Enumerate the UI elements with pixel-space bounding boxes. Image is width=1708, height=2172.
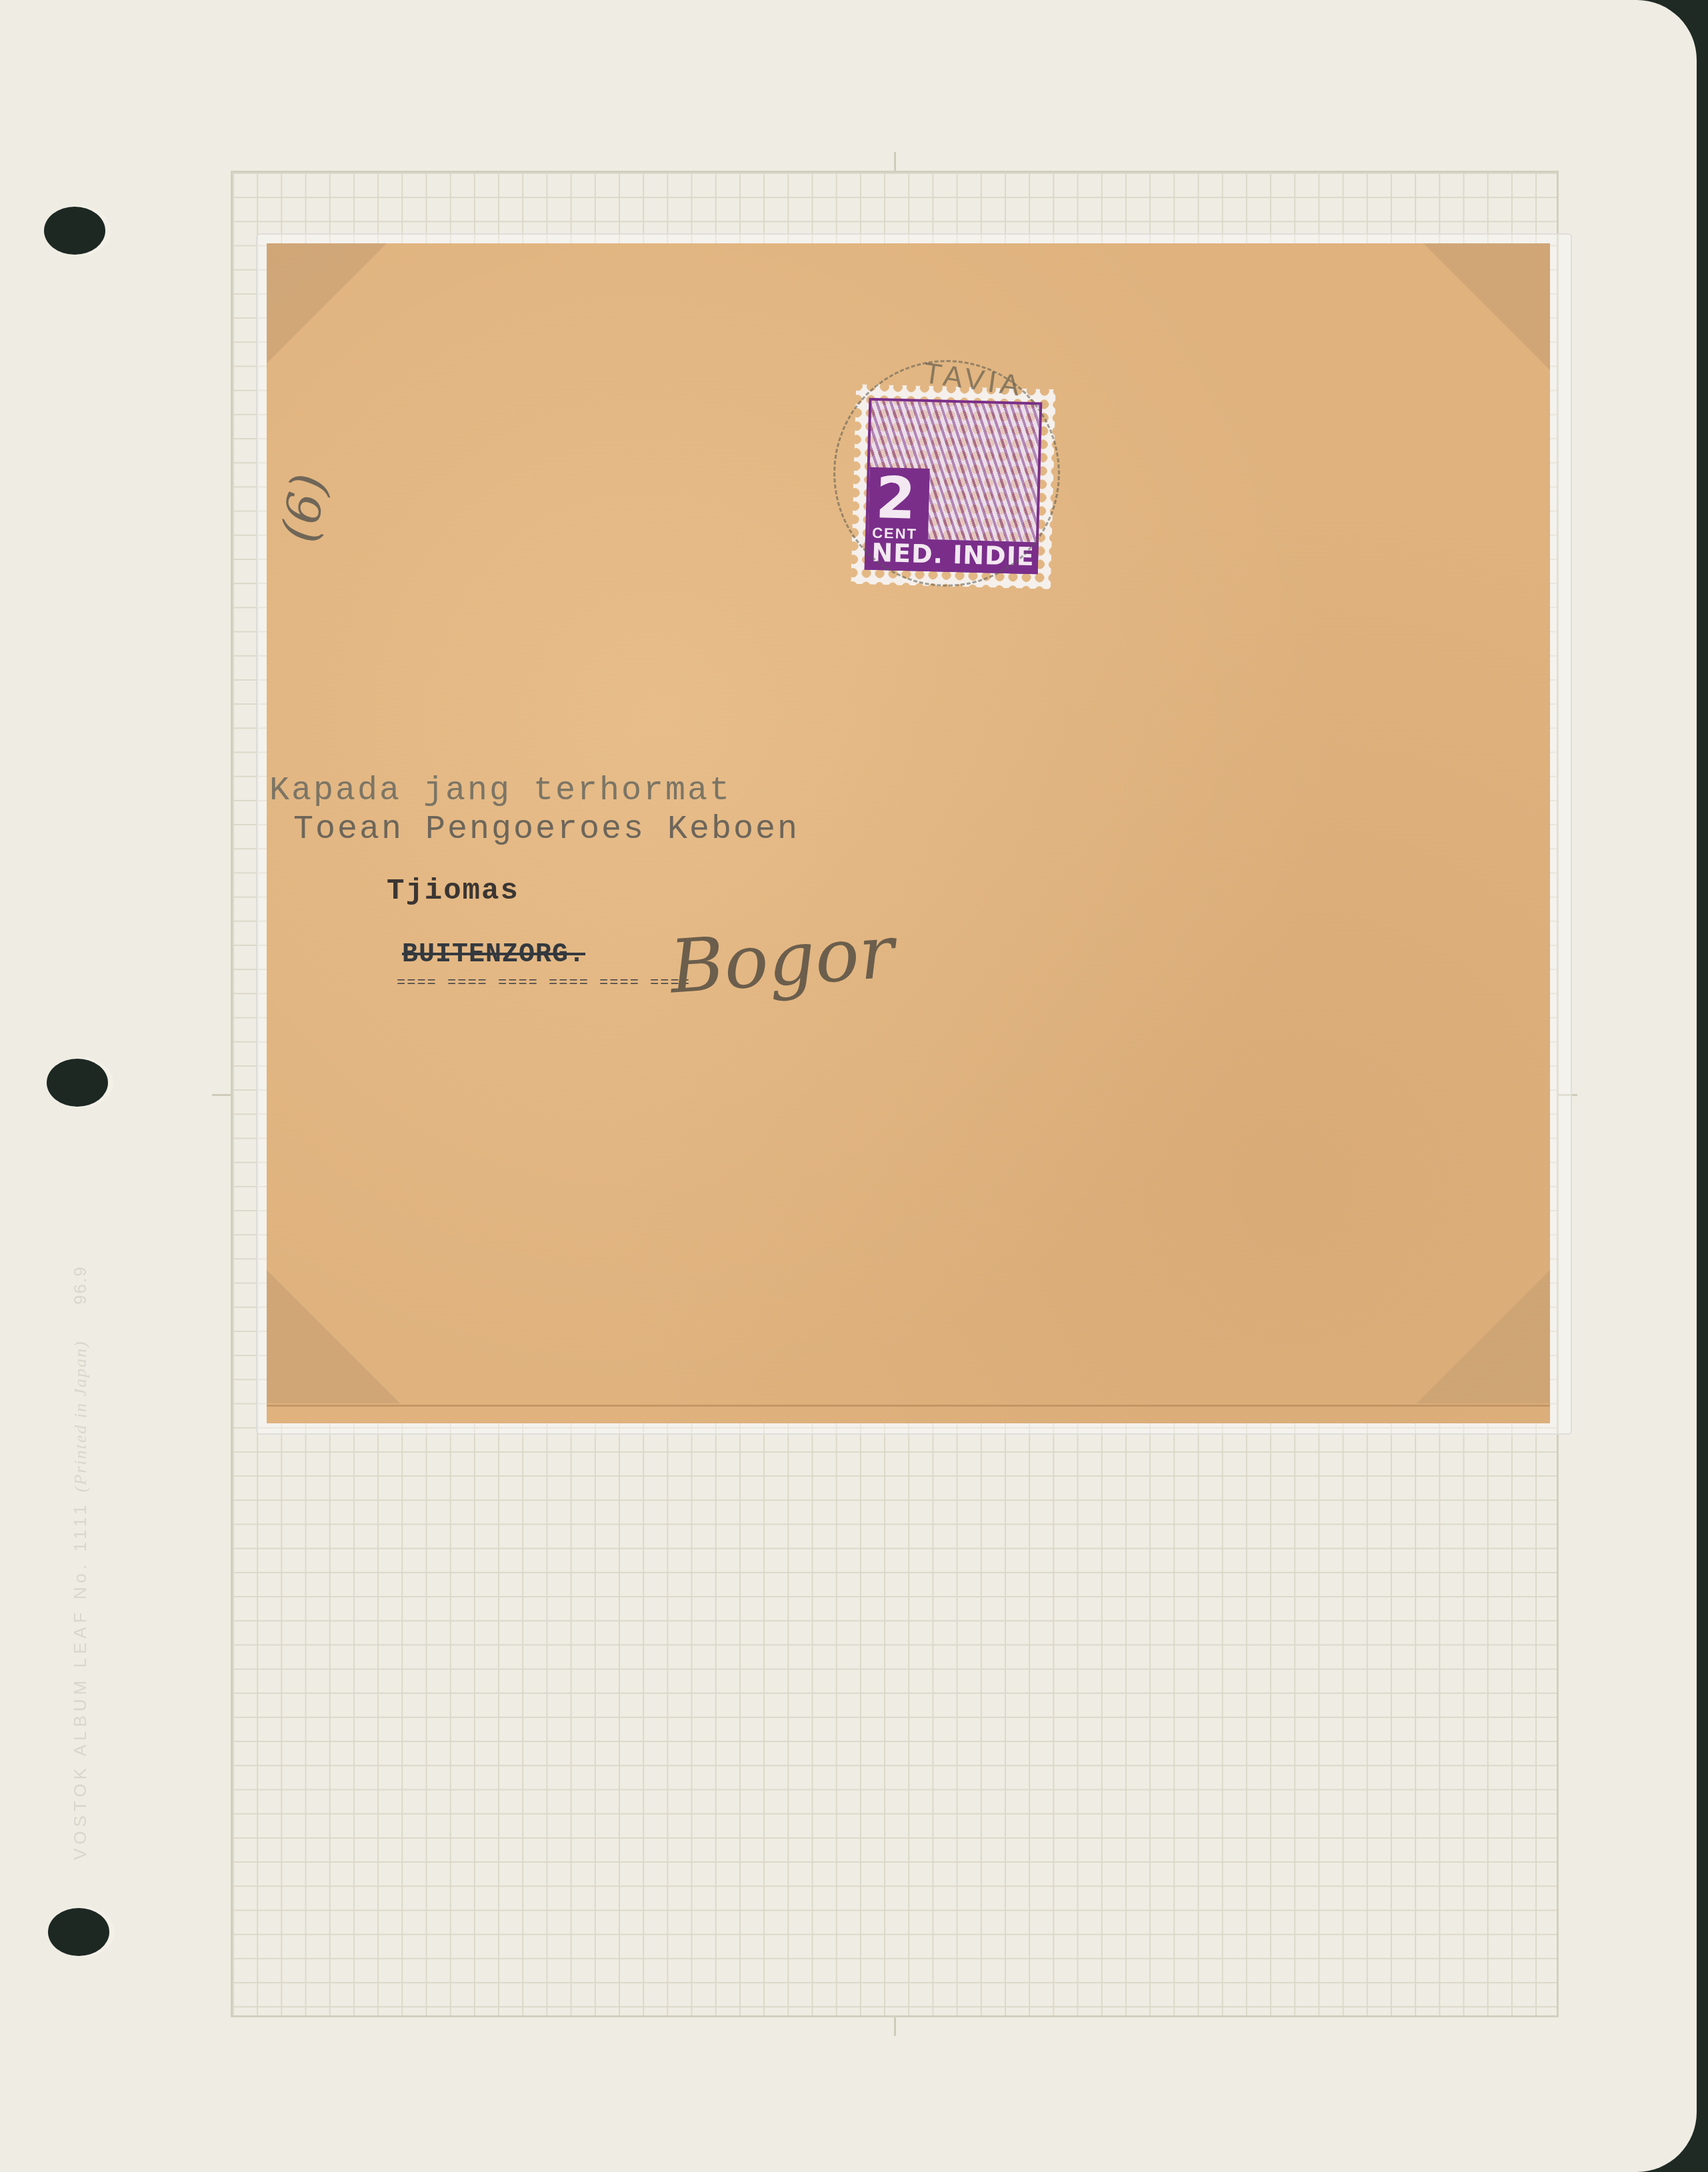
album-page: VOSTOK ALBUM LEAF No. 1111 (Printed in J… <box>0 0 1697 2172</box>
punch-hole-top <box>44 207 105 255</box>
address-line-2: Toean Pengoeroes Keboen <box>293 811 799 849</box>
grid-tick-left <box>212 1094 231 1096</box>
spine-label: VOSTOK ALBUM LEAF No. 1111 (Printed in J… <box>70 1265 91 1860</box>
photo-corner-bottom-left <box>267 1270 400 1403</box>
envelope-flap-edge <box>267 1405 1550 1407</box>
punch-hole-middle <box>47 1059 108 1107</box>
address-line-3: Tjiomas <box>387 875 519 908</box>
photo-corner-top-left <box>267 243 387 363</box>
pencil-note: (6) <box>271 469 337 546</box>
spine-title: VOSTOK ALBUM LEAF No. 1111 <box>70 1501 90 1860</box>
strike-dashes: ==== ==== ==== ==== ==== ==== <box>397 975 691 991</box>
postmark <box>833 360 1060 587</box>
address-line-4-struck: BUITENZORG. <box>402 940 585 970</box>
punch-hole-bottom <box>48 1908 109 1956</box>
grid-tick-top <box>894 152 896 171</box>
photo-corner-top-right <box>1423 243 1550 370</box>
grid-tick-bottom <box>894 2017 896 2036</box>
spine-printed: (Printed in Japan) <box>71 1340 90 1492</box>
photo-corner-bottom-right <box>1417 1270 1550 1403</box>
address-line-1: Kapada jang terhormat <box>269 772 731 810</box>
handwritten-correction: Bogor <box>667 909 897 1009</box>
spine-code: 96.9 <box>70 1265 90 1305</box>
